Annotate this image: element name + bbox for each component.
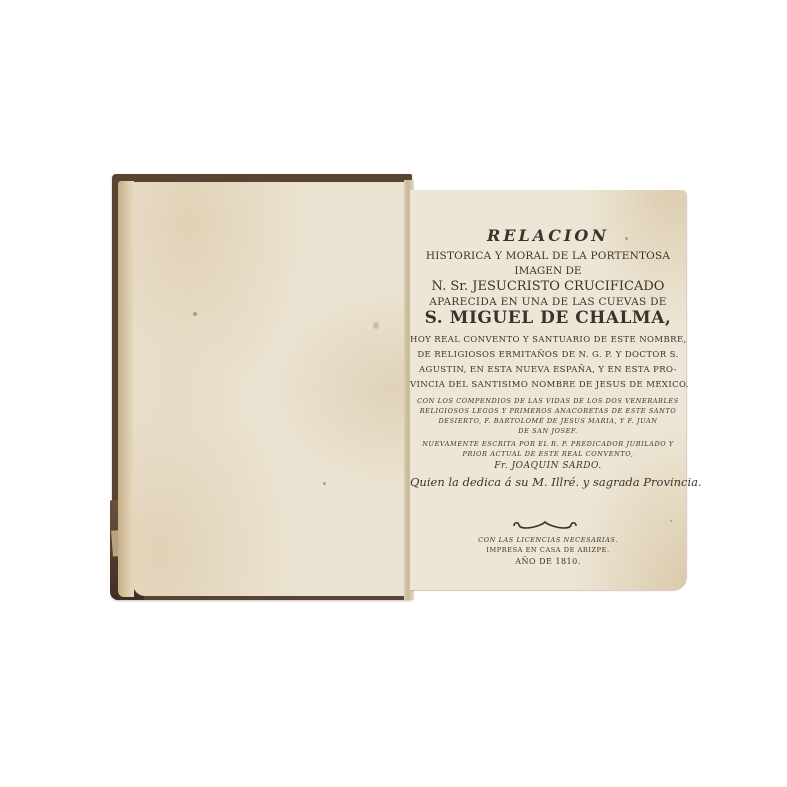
compendium-line: NUEVAMENTE ESCRITA POR EL R. P. PREDICAD… <box>410 440 686 448</box>
imprint-line: CON LAS LICENCIAS NECESARIAS. <box>410 536 686 544</box>
dedication-line: Quien la dedica á su M. Illré. y sagrada… <box>410 475 686 489</box>
compendium-line: RELIGIOSOS LEGOS Y PRIMEROS ANACORETAS D… <box>410 407 686 415</box>
foxing-spot <box>670 520 672 522</box>
subtitle-line: N. Sr. JESUCRISTO CRUCIFICADO <box>410 279 686 294</box>
subtitle-line: APARECIDA EN UNA DE LAS CUEVAS DE <box>410 296 686 308</box>
description-line: HOY REAL CONVENTO Y SANTUARIO DE ESTE NO… <box>410 335 686 345</box>
foxing-spot <box>373 322 379 329</box>
blank-flyleaf-page <box>133 182 407 596</box>
compendium-line: DESIERTO, F. BARTOLOMÉ DE JESUS MARIA, Y… <box>410 417 686 425</box>
foxing-spot <box>323 482 326 485</box>
compendium-line: CON LOS COMPENDIOS DE LAS VIDAS DE LOS D… <box>410 397 686 405</box>
title-page: RELACION HISTORICA Y MORAL DE LA PORTENT… <box>410 190 686 590</box>
imprint-date: AÑO DE 1810. <box>410 557 686 566</box>
compendium-line: DE SAN JOSEF. <box>410 427 686 435</box>
foxing-spot <box>193 312 197 316</box>
subtitle-line: HISTORICA Y MORAL DE LA PORTENTOSA <box>410 250 686 262</box>
author-line: Fr. JOAQUIN SARDO. <box>410 461 686 471</box>
compendium-line: PRIOR ACTUAL DE ESTE REAL CONVENTO, <box>410 450 686 458</box>
description-line: VINCIA DEL SANTISIMO NOMBRE DE JESUS DE … <box>410 380 686 390</box>
typographic-ornament-icon <box>510 520 580 532</box>
flyleaf-edge <box>118 181 134 597</box>
description-line: DE RELIGIOSOS ERMITAÑOS DE N. G. P. Y DO… <box>410 350 686 360</box>
subtitle-line: IMAGEN DE <box>410 265 686 277</box>
foxing-spot <box>625 237 628 240</box>
subtitle-line-emphasis: S. MIGUEL DE CHALMA, <box>410 308 686 328</box>
imprint-line: IMPRESA EN CASA DE ARIZPE. <box>410 546 686 554</box>
title-text: RELACION <box>410 226 686 245</box>
description-line: AGUSTIN, EN ESTA NUEVA ESPAÑA, Y EN ESTA… <box>410 365 686 375</box>
open-book-photo: RELACION HISTORICA Y MORAL DE LA PORTENT… <box>0 0 787 787</box>
